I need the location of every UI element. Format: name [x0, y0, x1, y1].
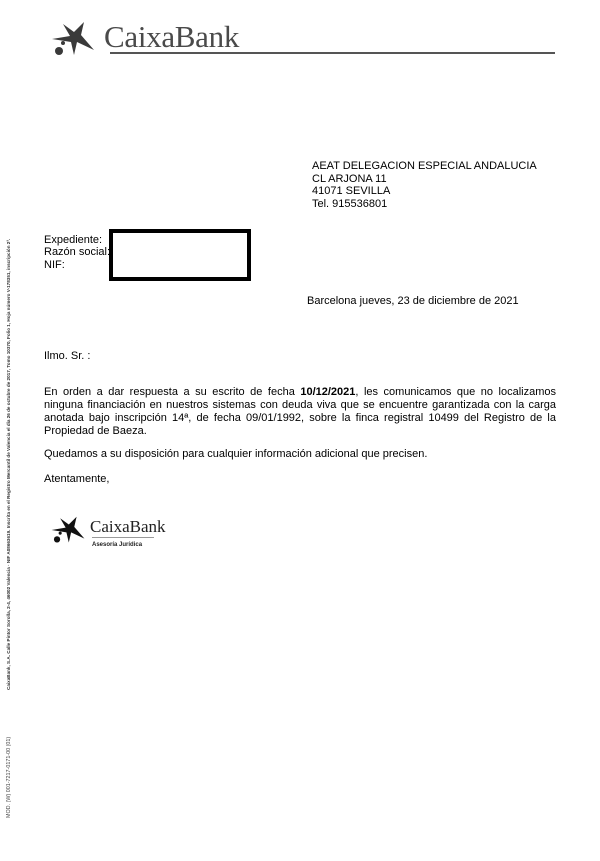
closing-line: Quedamos a su disposición para cualquier…: [44, 448, 427, 460]
brand-name: CaixaBank: [104, 19, 239, 55]
signature-department: Asesoría Jurídica: [92, 542, 142, 548]
address-line: Tel. 915536801: [312, 198, 537, 211]
date-line: Barcelona jueves, 23 de diciembre de 202…: [307, 295, 519, 307]
body-paragraph: En orden a dar respuesta a su escrito de…: [44, 386, 556, 438]
signature-rule: [92, 537, 154, 538]
header-rule: [110, 52, 555, 54]
header-logo: CaixaBank: [48, 18, 568, 58]
salutation: Ilmo. Sr. :: [44, 350, 90, 362]
address-line: AEAT DELEGACION ESPECIAL ANDALUCIA: [312, 160, 537, 173]
redaction-box: [109, 229, 251, 281]
label-nif: NIF:: [44, 259, 110, 271]
body-text-1: En orden a dar respuesta a su escrito de…: [44, 386, 300, 398]
body-bold-date: 10/12/2021: [300, 386, 355, 398]
margin-form-code: MOD. (W) 001-7217-0171-00 (01): [6, 737, 12, 818]
signature-brand: CaixaBank: [90, 517, 166, 537]
margin-legal-text: CaixaBank, S.A. Calle Pintor Sorolla, 2-…: [6, 239, 11, 690]
label-razon-social: Razón social:: [44, 246, 110, 258]
label-expediente: Expediente:: [44, 234, 110, 246]
reference-labels: Expediente: Razón social: NIF:: [44, 234, 110, 271]
signature-logo: CaixaBank Asesoría Jurídica: [50, 514, 170, 558]
recipient-address: AEAT DELEGACION ESPECIAL ANDALUCIA CL AR…: [312, 160, 537, 210]
address-line: 41071 SEVILLA: [312, 185, 537, 198]
caixabank-star-icon: [50, 515, 86, 545]
address-line: CL ARJONA 11: [312, 173, 537, 186]
caixabank-star-icon: [50, 20, 96, 58]
closing-salutation: Atentamente,: [44, 473, 109, 485]
